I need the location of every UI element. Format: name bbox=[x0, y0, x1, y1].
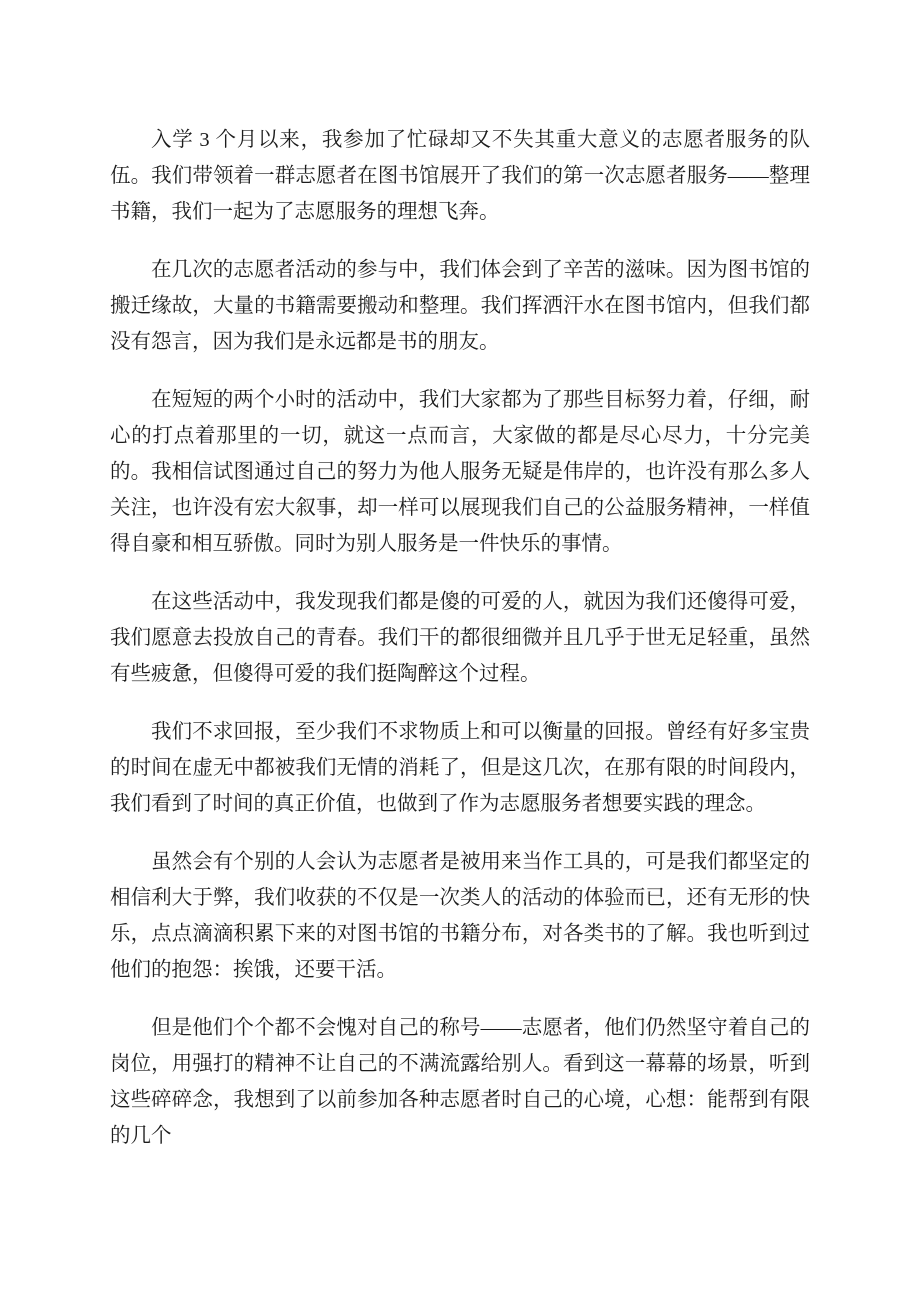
paragraph: 入学 3 个月以来，我参加了忙碌却又不失其重大意义的志愿者服务的队伍。我们带领着… bbox=[110, 122, 810, 230]
paragraph: 在这些活动中，我发现我们都是傻的可爱的人，就因为我们还傻得可爱，我们愿意去投放自… bbox=[110, 584, 810, 692]
paragraph: 在短短的两个小时的活动中，我们大家都为了那些目标努力着，仔细，耐心的打点着那里的… bbox=[110, 382, 810, 562]
paragraph: 但是他们个个都不会愧对自己的称号——志愿者，他们仍然坚守着自己的岗位，用强打的精… bbox=[110, 1010, 810, 1154]
document-page: 入学 3 个月以来，我参加了忙碌却又不失其重大意义的志愿者服务的队伍。我们带领着… bbox=[0, 0, 920, 1302]
paragraph: 在几次的志愿者活动的参与中，我们体会到了辛苦的滋味。因为图书馆的搬迁缘故，大量的… bbox=[110, 252, 810, 360]
paragraph: 我们不求回报，至少我们不求物质上和可以衡量的回报。曾经有好多宝贵的时间在虚无中都… bbox=[110, 714, 810, 822]
paragraph: 虽然会有个别的人会认为志愿者是被用来当作工具的，可是我们都坚定的相信利大于弊，我… bbox=[110, 844, 810, 988]
document-body: 入学 3 个月以来，我参加了忙碌却又不失其重大意义的志愿者服务的队伍。我们带领着… bbox=[110, 122, 810, 1154]
